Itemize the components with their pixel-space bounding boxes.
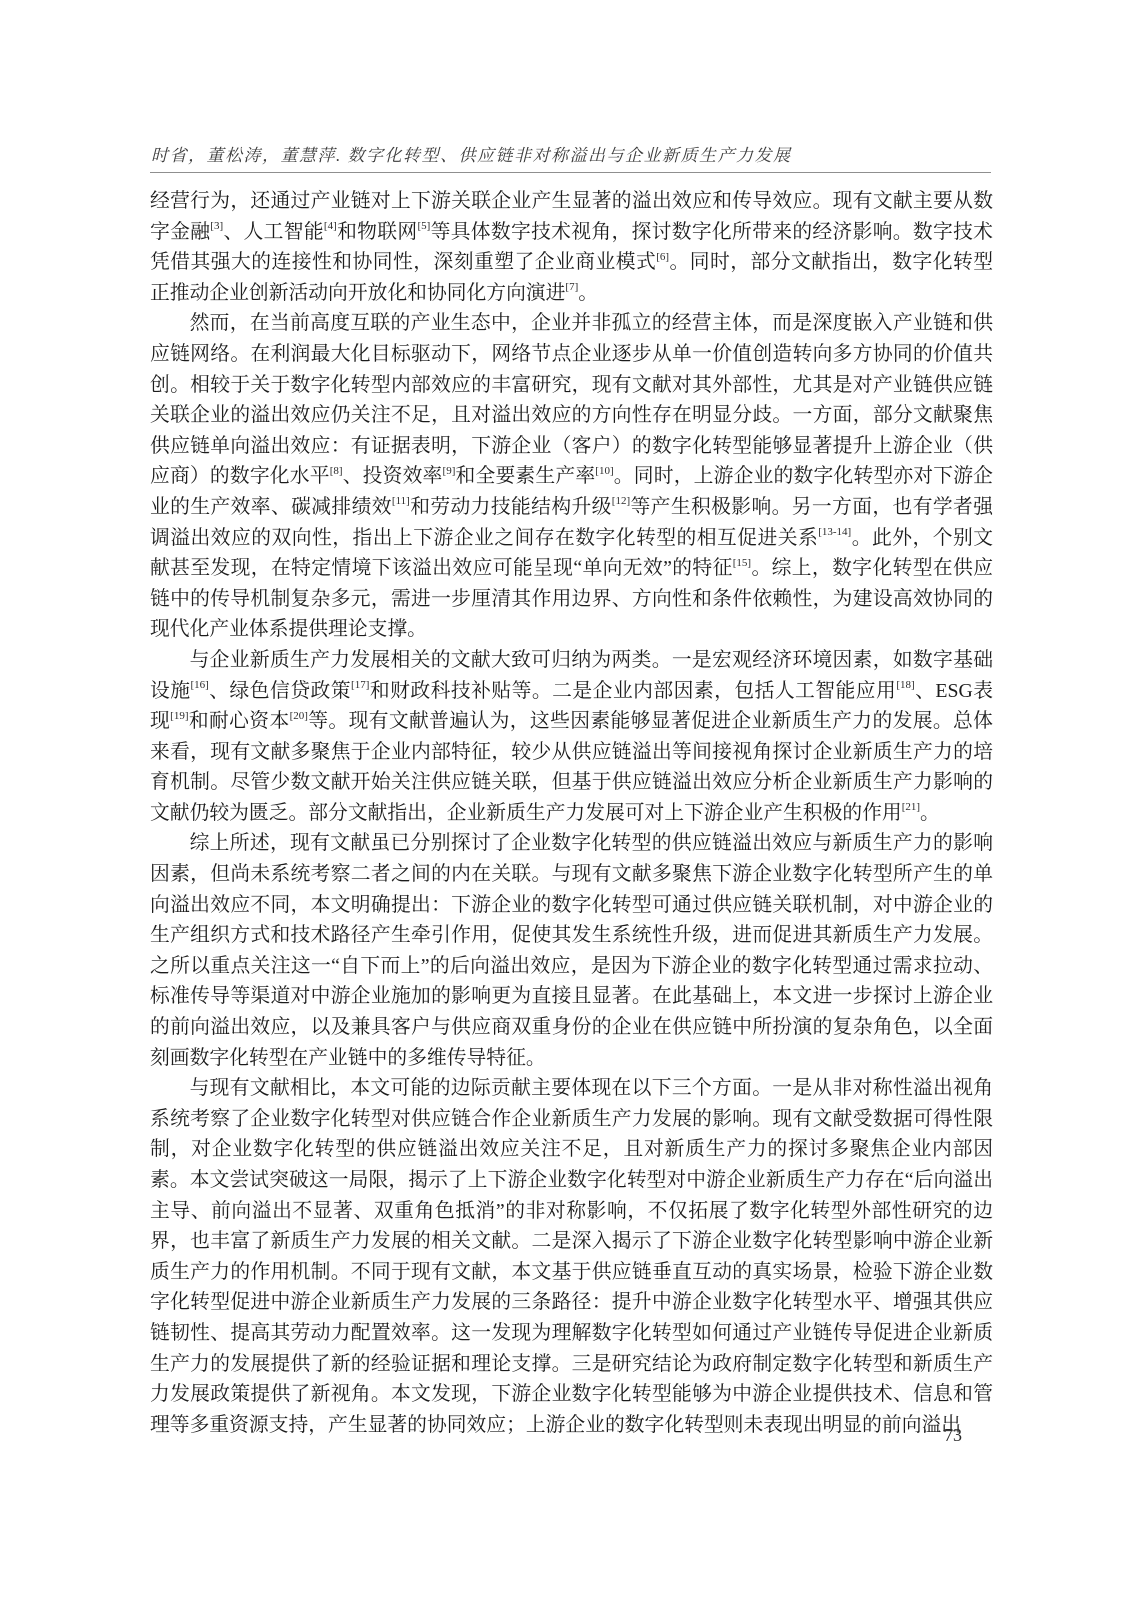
- journal-page: 时省，董松涛，董慧萍. 数字化转型、供应链非对称溢出与企业新质生产力发展 经营行…: [0, 0, 1140, 1600]
- paragraph: 然而，在当前高度互联的产业生态中，企业并非孤立的经营主体，而是深度嵌入产业链和供…: [150, 308, 993, 645]
- running-head: 时省，董松涛，董慧萍. 数字化转型、供应链非对称溢出与企业新质生产力发展: [151, 141, 991, 166]
- citation-ref: [15]: [733, 557, 751, 569]
- citation-ref: [10]: [595, 465, 613, 477]
- citation-ref: [5]: [417, 220, 430, 232]
- citation-ref: [4]: [324, 220, 337, 232]
- citation-ref: [18]: [896, 679, 914, 691]
- header-divider: [150, 172, 991, 173]
- citation-ref: [21]: [902, 801, 920, 813]
- citation-ref: [8]: [330, 465, 343, 477]
- citation-ref: [13-14]: [818, 526, 851, 538]
- citation-ref: [11]: [392, 495, 410, 507]
- citation-ref: [20]: [290, 710, 308, 722]
- paragraph: 综上所述，现有文献虽已分别探讨了企业数字化转型的供应链溢出效应与新质生产力的影响…: [150, 828, 993, 1073]
- citation-ref: [9]: [443, 465, 456, 477]
- body-text: 经营行为，还通过产业链对上下游关联企业产生显著的溢出效应和传导效应。现有文献主要…: [150, 186, 993, 1440]
- citation-ref: [19]: [170, 710, 188, 722]
- citation-ref: [7]: [565, 281, 578, 293]
- paragraph: 经营行为，还通过产业链对上下游关联企业产生显著的溢出效应和传导效应。现有文献主要…: [150, 186, 993, 308]
- paragraph: 与企业新质生产力发展相关的文献大致可归纳为两类。一是宏观经济环境因素，如数字基础…: [150, 645, 993, 829]
- paragraph: 与现有文献相比，本文可能的边际贡献主要体现在以下三个方面。一是从非对称性溢出视角…: [150, 1073, 993, 1440]
- citation-ref: [3]: [210, 220, 223, 232]
- citation-ref: [17]: [351, 679, 369, 691]
- citation-ref: [16]: [191, 679, 209, 691]
- citation-ref: [12]: [612, 495, 630, 507]
- page-number: 73: [944, 1425, 962, 1446]
- citation-ref: [6]: [656, 251, 669, 263]
